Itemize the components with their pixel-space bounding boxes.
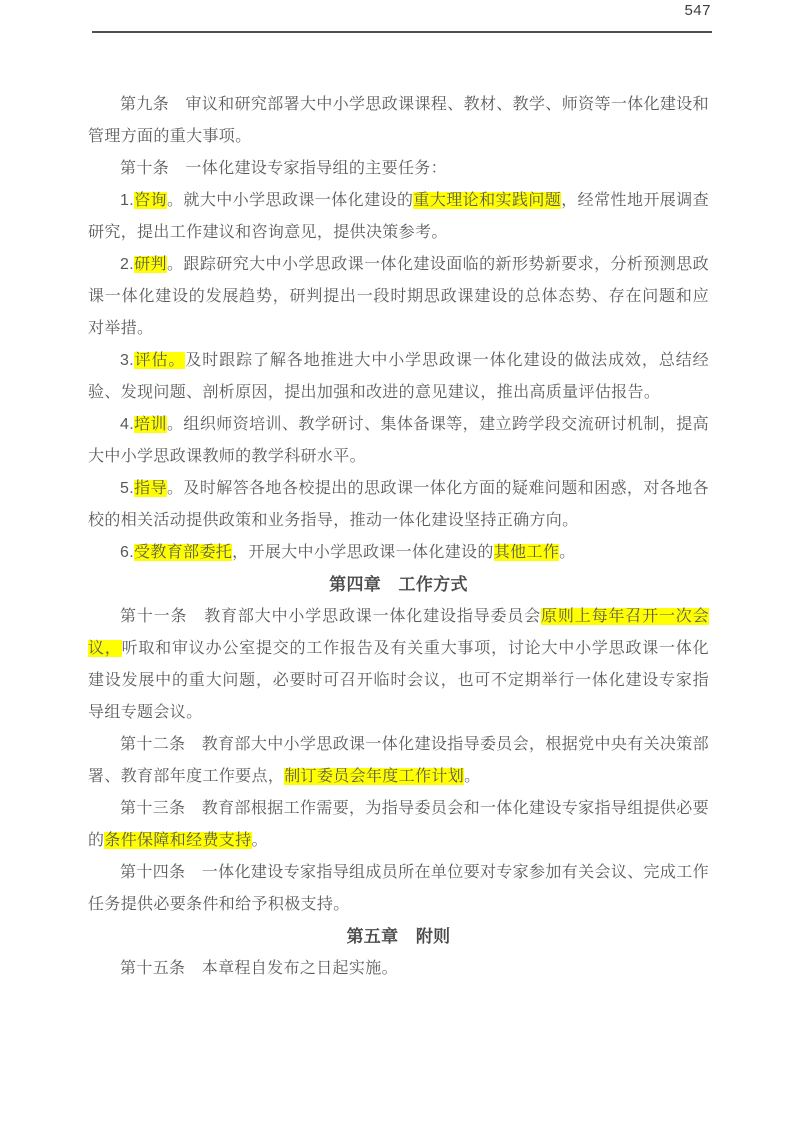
text-segment: 6. bbox=[120, 544, 134, 561]
highlighted-text: 制订委员会年度工作计划 bbox=[284, 768, 464, 785]
paragraph: 第九条 审议和研究部署大中小学思政课课程、教材、教学、师资等一体化建设和管理方面… bbox=[88, 89, 709, 153]
highlighted-text: 评估。 bbox=[134, 352, 185, 369]
paragraph: 第十三条 教育部根据工作需要，为指导委员会和一体化建设专家指导组提供必要的条件保… bbox=[88, 793, 709, 857]
highlighted-text: 咨询 bbox=[134, 192, 167, 209]
text-segment: 第十五条 本章程自发布之日起实施。 bbox=[120, 960, 398, 977]
text-segment: 2. bbox=[120, 256, 134, 273]
text-segment: 。 bbox=[464, 768, 480, 785]
text-segment: 第四章 工作方式 bbox=[329, 575, 468, 594]
text-segment: 。 bbox=[559, 544, 575, 561]
highlighted-text: 研判 bbox=[134, 256, 167, 273]
document-body: 第九条 审议和研究部署大中小学思政课课程、教材、教学、师资等一体化建设和管理方面… bbox=[88, 89, 709, 985]
text-segment: 第九条 审议和研究部署大中小学思政课课程、教材、教学、师资等一体化建设和管理方面… bbox=[88, 96, 709, 145]
highlighted-text: 条件保障和经费支持 bbox=[104, 832, 251, 849]
text-segment: 。就大中小学思政课一体化建设的 bbox=[167, 192, 413, 209]
paragraph: 2.研判。跟踪研究大中小学思政课一体化建设面临的新形势新要求，分析预测思政课一体… bbox=[88, 249, 709, 345]
highlighted-text: 重大理论和实践问题 bbox=[413, 192, 561, 209]
text-segment: 。跟踪研究大中小学思政课一体化建设面临的新形势新要求，分析预测思政课一体化建设的… bbox=[88, 256, 709, 337]
page-number: 547 bbox=[684, 2, 711, 19]
chapter-heading: 第四章 工作方式 bbox=[88, 569, 709, 601]
text-segment: 5. bbox=[120, 480, 134, 497]
paragraph: 第十二条 教育部大中小学思政课一体化建设指导委员会，根据党中央有关决策部署、教育… bbox=[88, 729, 709, 793]
text-segment: 第五章 附则 bbox=[346, 927, 450, 946]
paragraph: 第十条 一体化建设专家指导组的主要任务： bbox=[88, 153, 709, 185]
text-segment: 第十一条 教育部大中小学思政课一体化建设指导委员会 bbox=[120, 608, 541, 625]
text-segment: 3. bbox=[120, 352, 134, 369]
text-segment: 第十四条 一体化建设专家指导组成员所在单位要对专家参加有关会议、完成工作任务提供… bbox=[88, 864, 709, 913]
chapter-heading: 第五章 附则 bbox=[88, 921, 709, 953]
paragraph: 3.评估。及时跟踪了解各地推进大中小学思政课一体化建设的做法成效，总结经验、发现… bbox=[88, 345, 709, 409]
text-segment: 听取和审议办公室提交的工作报告及有关重大事项，讨论大中小学思政课一体化建设发展中… bbox=[88, 640, 709, 721]
text-segment: 1. bbox=[120, 192, 134, 209]
highlighted-text: 其他工作 bbox=[494, 544, 559, 561]
paragraph: 4.培训。组织师资培训、教学研讨、集体备课等，建立跨学段交流研讨机制，提高大中小… bbox=[88, 409, 709, 473]
paragraph: 第十四条 一体化建设专家指导组成员所在单位要对专家参加有关会议、完成工作任务提供… bbox=[88, 857, 709, 921]
text-segment: 。组织师资培训、教学研讨、集体备课等，建立跨学段交流研讨机制，提高大中小学思政课… bbox=[88, 416, 709, 465]
text-segment: 4. bbox=[120, 416, 134, 433]
text-segment: 第十条 一体化建设专家指导组的主要任务： bbox=[120, 160, 447, 177]
text-segment: ，开展大中小学思政课一体化建设的 bbox=[232, 544, 494, 561]
document-page: 547 第九条 审议和研究部署大中小学思政课课程、教材、教学、师资等一体化建设和… bbox=[0, 0, 793, 1122]
highlighted-text: 受教育部委托 bbox=[134, 544, 232, 561]
text-segment: 。 bbox=[252, 832, 268, 849]
paragraph: 6.受教育部委托，开展大中小学思政课一体化建设的其他工作。 bbox=[88, 537, 709, 569]
header-rule bbox=[92, 31, 712, 33]
paragraph: 5.指导。及时解答各地各校提出的思政课一体化方面的疑难问题和困惑，对各地各校的相… bbox=[88, 473, 709, 537]
text-segment: 。及时解答各地各校提出的思政课一体化方面的疑难问题和困惑，对各地各校的相关活动提… bbox=[88, 480, 709, 529]
paragraph: 1.咨询。就大中小学思政课一体化建设的重大理论和实践问题，经常性地开展调查研究，… bbox=[88, 185, 709, 249]
paragraph: 第十五条 本章程自发布之日起实施。 bbox=[88, 953, 709, 985]
highlighted-text: 指导 bbox=[134, 480, 167, 497]
paragraph: 第十一条 教育部大中小学思政课一体化建设指导委员会原则上每年召开一次会议，听取和… bbox=[88, 601, 709, 729]
highlighted-text: 培训 bbox=[134, 416, 167, 433]
